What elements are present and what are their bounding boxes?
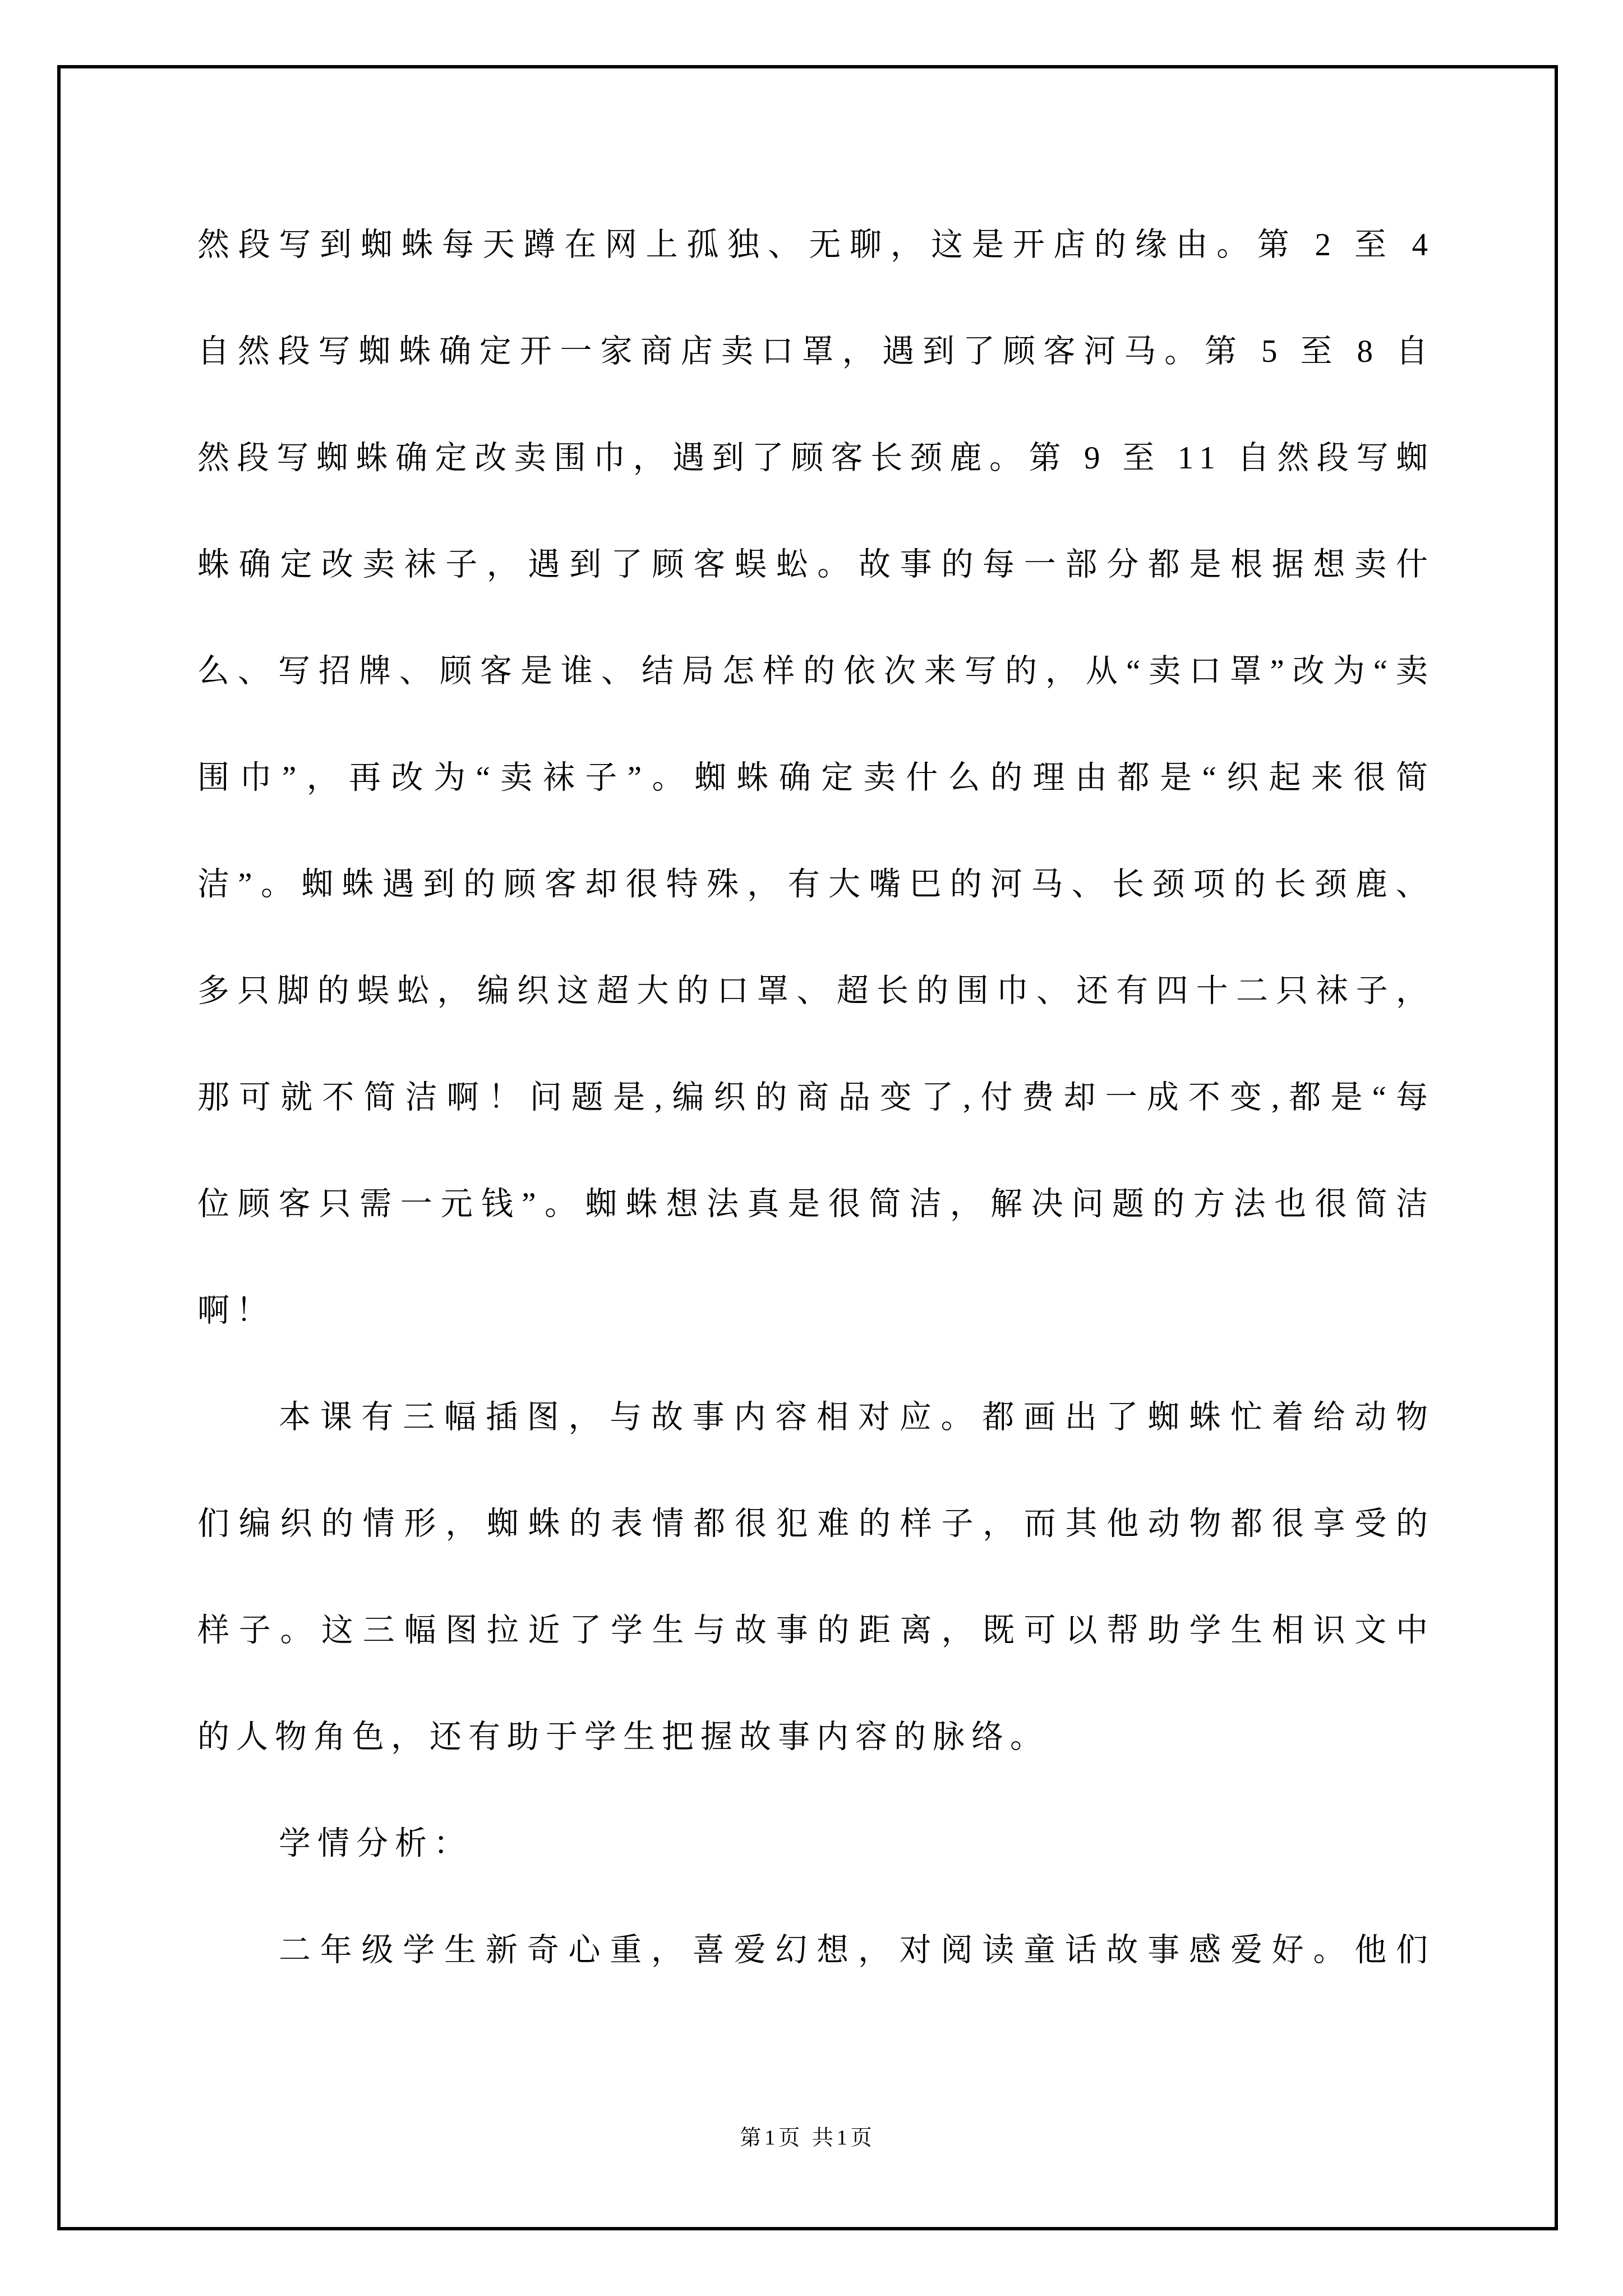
text-line: 样子。这三幅图拉近了学生与故事的距离，既可以帮助学生相识文中: [197, 1577, 1435, 1684]
text-line: 蛛确定改卖袜子，遇到了顾客蜈蚣。故事的每一部分都是根据想卖什: [197, 512, 1435, 618]
paragraph: 二年级学生新奇心重，喜爱幻想，对阅读童话故事感爱好。他们: [197, 1897, 1435, 2004]
text-line: 么、写招牌、顾客是谁、结局怎样的依次来写的，从“卖口罩”改为“卖: [197, 618, 1435, 725]
document-page: 然段写到蜘蛛每天蹲在网上孤独、无聊，这是开店的缘由。第 2 至 4 自然段写蜘蛛…: [0, 0, 1623, 2296]
text-line: 位顾客只需一元钱”。蜘蛛想法真是很简洁，解决问题的方法也很简洁: [197, 1151, 1435, 1258]
text-line: 洁”。蜘蛛遇到的顾客却很特殊，有大嘴巴的河马、长颈项的长颈鹿、: [197, 831, 1435, 938]
text-line: 那可就不简洁啊！问题是,编织的商品变了,付费却一成不变,都是“每: [197, 1045, 1435, 1151]
text-line: 本课有三幅插图，与故事内容相对应。都画出了蜘蛛忙着给动物: [197, 1364, 1435, 1471]
text-line: 啊！: [197, 1258, 1435, 1364]
paragraph: 学情分析：: [197, 1791, 1435, 1897]
page-footer: 第1页 共1页: [57, 2118, 1558, 2157]
text-line: 自然段写蜘蛛确定开一家商店卖口罩，遇到了顾客河马。第 5 至 8 自: [197, 298, 1435, 405]
text-block: 然段写到蜘蛛每天蹲在网上孤独、无聊，这是开店的缘由。第 2 至 4 自然段写蜘蛛…: [197, 192, 1435, 2004]
text-line: 的人物角色，还有助于学生把握故事内容的脉络。: [197, 1684, 1435, 1791]
text-line: 然段写蜘蛛确定改卖围巾，遇到了顾客长颈鹿。第 9 至 11 自然段写蜘: [197, 405, 1435, 512]
text-line: 围巾”，再改为“卖袜子”。蜘蛛确定卖什么的理由都是“织起来很简: [197, 725, 1435, 831]
text-line: 然段写到蜘蛛每天蹲在网上孤独、无聊，这是开店的缘由。第 2 至 4: [197, 192, 1435, 298]
paragraph: 本课有三幅插图，与故事内容相对应。都画出了蜘蛛忙着给动物 们编织的情形，蜘蛛的表…: [197, 1364, 1435, 1791]
text-line: 们编织的情形，蜘蛛的表情都很犯难的样子，而其他动物都很享受的: [197, 1471, 1435, 1577]
text-line: 二年级学生新奇心重，喜爱幻想，对阅读童话故事感爱好。他们: [197, 1897, 1435, 2004]
paragraph: 然段写到蜘蛛每天蹲在网上孤独、无聊，这是开店的缘由。第 2 至 4 自然段写蜘蛛…: [197, 192, 1435, 1364]
text-line: 学情分析：: [197, 1791, 1435, 1897]
text-line: 多只脚的蜈蚣，编织这超大的口罩、超长的围巾、还有四十二只袜子，: [197, 938, 1435, 1045]
